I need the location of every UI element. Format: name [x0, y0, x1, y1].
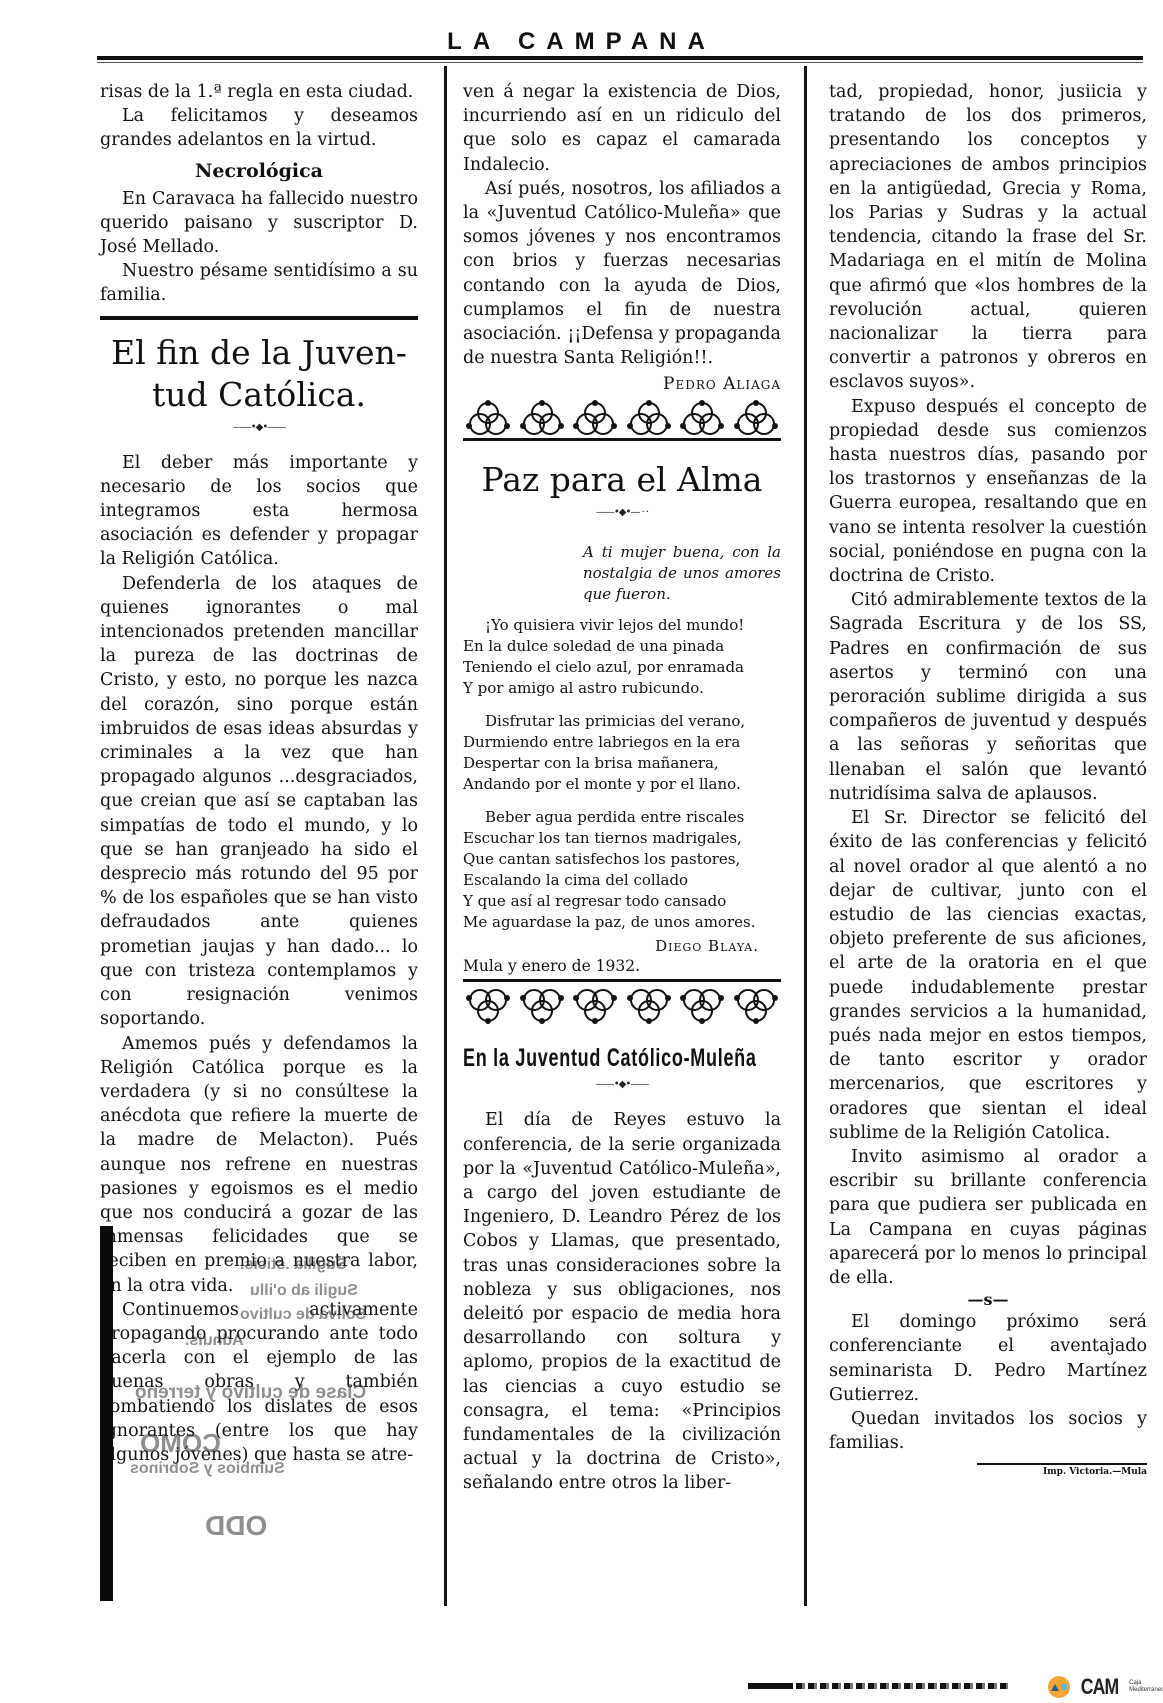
ring-ornament-icon: [731, 400, 781, 436]
cam-logo: CAM Caja Mediterráneo: [1048, 1674, 1163, 1700]
verse-line: Me aguardase la paz, de unos amores.: [463, 912, 781, 933]
chain-ornament: [463, 988, 781, 1024]
printer-imprint: Imp. Victoria.—Mula: [977, 1463, 1147, 1477]
column-divider-left: [444, 66, 447, 1606]
masthead-rule-thin: [97, 62, 1143, 63]
article-title: El fin de la Juven- tud Católica.: [100, 332, 418, 416]
bleed-through-text: Sumbios y Sobrinos: [130, 1460, 285, 1478]
bleed-through-text: COMO: [140, 1428, 221, 1459]
verse-line: Que cantan satisfechos los pastores,: [463, 849, 781, 870]
signature: Pedro Aliaga: [463, 374, 781, 394]
section-rule: [463, 979, 781, 982]
paragraph: Expuso después el concepto de propiedad …: [829, 395, 1147, 589]
cam-logo-text: CAM: [1081, 1674, 1119, 1700]
paragraph: El domingo próximo será conferenciante e…: [829, 1310, 1147, 1407]
ring-ornament-icon: [463, 400, 513, 436]
verse-line: Y que así al regresar todo cansado: [463, 891, 781, 912]
ring-ornament-icon: [624, 988, 674, 1024]
poem-stanza: Beber agua perdida entre riscales Escuch…: [463, 807, 781, 933]
verse-line: Despertar con la brisa mañanera,: [463, 753, 781, 774]
paragraph: La felicitamos y deseamos grandes adelan…: [100, 104, 418, 152]
verse-line: Teniendo el cielo azul, por enramada: [463, 657, 781, 678]
verse-line: Escuchar los tan tiernos madrigales,: [463, 828, 781, 849]
bleed-through-text: Sugilia .sticis.: [240, 1256, 347, 1274]
paragraph: risas de la 1.ª regla en esta ciudad.: [100, 80, 418, 104]
paragraph: Quedan invitados los socios y familias.: [829, 1407, 1147, 1455]
paragraph: El Sr. Director se felicitó del éxito de…: [829, 806, 1147, 1145]
bleed-through-text: Clase de cultivo y terreno: [135, 1382, 366, 1404]
place-date: Mula y enero de 1932.: [463, 957, 781, 975]
bleed-through-text: ODD: [205, 1510, 267, 1542]
article-title-line2: tud Católica.: [152, 375, 366, 414]
paragraph: En Caravaca ha fallecido nuestro querido…: [100, 187, 418, 260]
cam-subtitle-line: Caja: [1129, 1680, 1163, 1687]
title-ornament: ——•◆•——: [463, 1079, 781, 1090]
bleed-through-text: Soliva de cultivo: [240, 1306, 366, 1324]
masthead-rule: [97, 56, 1143, 60]
ring-ornament-icon: [517, 988, 567, 1024]
scan-artifact-bar: [100, 1226, 113, 1601]
paragraph: Invito asimismo al orador a escribir su …: [829, 1145, 1147, 1290]
ring-ornament-icon: [463, 988, 513, 1024]
poem-stanza: Disfrutar las primicias del verano, Durm…: [463, 711, 781, 795]
triangle-icon: [1051, 1684, 1059, 1691]
poem-stanza: ¡Yo quisiera vivir lejos del mundo! En l…: [463, 615, 781, 699]
cam-logo-subtitle: Caja Mediterráneo: [1129, 1680, 1163, 1694]
ring-ornament-icon: [677, 988, 727, 1024]
column-divider-right: [804, 66, 807, 1606]
paragraph: tad, propiedad, honor, jusiicia y tratan…: [829, 80, 1147, 395]
bleed-through-text: Adnuis.: [185, 1332, 244, 1350]
newspaper-title: LA CAMPANA: [0, 28, 1163, 56]
verse-line: Beber agua perdida entre riscales: [463, 807, 781, 828]
paragraph: Nuestro pésame sentidísimo a su familia.: [100, 259, 418, 307]
verse-line: En la dulce soledad de una pinada: [463, 636, 781, 657]
paragraph: El deber más importante y necesario de l…: [100, 451, 418, 572]
paragraph: El día de Reyes estuvo la conferencia, d…: [463, 1108, 781, 1495]
ornament-rule: [463, 438, 781, 441]
verse-line: Escalando la cima del collado: [463, 870, 781, 891]
section-rule: [100, 316, 418, 320]
middle-column: ven á negar la existencia de Dios, incur…: [463, 80, 781, 1496]
poem-author: Diego Blaya.: [463, 937, 759, 955]
cam-subtitle-line: Mediterráneo: [1129, 1687, 1163, 1694]
verse-line: Y por amigo al astro rubicundo.: [463, 678, 781, 699]
right-column: tad, propiedad, honor, jusiicia y tratan…: [829, 80, 1147, 1477]
verse-line: Durmiendo entre labriegos en la era: [463, 732, 781, 753]
article-title-line1: El fin de la Juven-: [111, 333, 407, 372]
paragraph: Citó admirablemente textos de la Sagrada…: [829, 588, 1147, 806]
masthead: LA CAMPANA: [0, 0, 1163, 64]
separator: —s—: [829, 1290, 1147, 1310]
poem-dedication: A ti mujer buena, con la nostalgia de un…: [583, 542, 781, 605]
paragraph: ven á negar la existencia de Dios, incur…: [463, 80, 781, 177]
necrologica-heading: Necrológica: [100, 157, 418, 185]
paragraph: Así pués, nosotros, los afiliados a la «…: [463, 177, 781, 371]
verse-line: Andando por el monte y por el llano.: [463, 774, 781, 795]
news-title: En la Juventud Católico-Muleña: [463, 1044, 692, 1073]
ring-ornament-icon: [624, 400, 674, 436]
chain-ornament: [463, 400, 781, 436]
scan-artifact-strip: [748, 1683, 1008, 1689]
ring-ornament-icon: [570, 988, 620, 1024]
poem-title: Paz para el Alma: [463, 459, 781, 501]
ring-ornament-icon: [731, 988, 781, 1024]
title-ornament: ——•◆•— · ·: [463, 507, 781, 518]
cam-logo-icon: [1048, 1676, 1070, 1698]
bleed-through-text: Sugili ab o'illu: [250, 1282, 358, 1300]
title-ornament: ——•◆•——: [100, 422, 418, 433]
square-icon: [1061, 1684, 1067, 1690]
paragraph: Defenderla de los ataques de quienes ign…: [100, 572, 418, 1032]
verse-line: ¡Yo quisiera vivir lejos del mundo!: [463, 615, 781, 636]
ring-ornament-icon: [517, 400, 567, 436]
verse-line: Disfrutar las primicias del verano,: [463, 711, 781, 732]
ring-ornament-icon: [677, 400, 727, 436]
ring-ornament-icon: [570, 400, 620, 436]
